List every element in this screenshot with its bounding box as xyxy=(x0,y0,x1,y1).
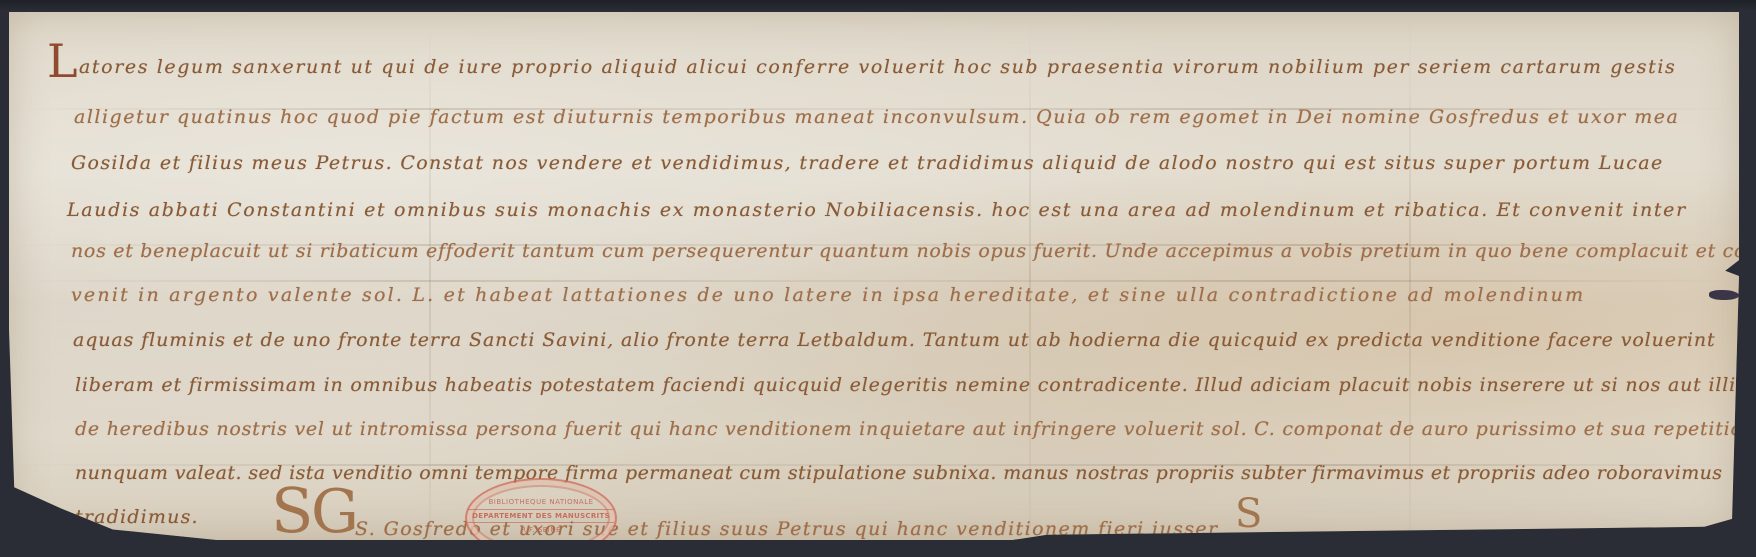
text-line-1: atores legum sanxerunt ut qui de iure pr… xyxy=(79,56,1676,78)
text-line-8: liberam et firmissimam in omnibus habeat… xyxy=(75,374,1736,396)
signum-mark-right: S xyxy=(1235,494,1262,534)
text-line-5: nos et beneplacuit ut si ribaticum effod… xyxy=(71,240,1756,262)
scanner-backdrop xyxy=(0,0,1756,12)
stamp-middle-text: DEPARTEMENT DES MANUSCRITS xyxy=(468,509,614,523)
library-ownership-stamp: BIBLIOTHEQUE NATIONALE DEPARTEMENT DES M… xyxy=(465,478,617,557)
text-line-11: tradidimus. xyxy=(75,506,199,528)
parchment-tear xyxy=(1709,290,1739,300)
signum-mark-g: G xyxy=(311,482,359,542)
signum-mark-s: S xyxy=(271,480,313,542)
stamp-top-text: BIBLIOTHEQUE NATIONALE xyxy=(488,498,593,506)
text-line-4: Laudis abbati Constantini et omnibus sui… xyxy=(67,199,1687,221)
text-line-3: Gosilda et filius meus Petrus. Constat n… xyxy=(71,152,1664,174)
stamp-bottom-text: R.F. SEINE xyxy=(521,526,561,534)
parchment-charter: L atores legum sanxerunt ut qui de iure … xyxy=(9,12,1739,540)
text-line-9: de heredibus nostris vel ut intromissa p… xyxy=(75,418,1743,440)
text-line-7: aquas fluminis et de uno fronte terra Sa… xyxy=(73,329,1716,351)
charter-text: L atores legum sanxerunt ut qui de iure … xyxy=(9,12,1739,540)
decorated-initial: L xyxy=(47,38,78,84)
text-line-6: venit in argento valente sol. L. et habe… xyxy=(71,284,1585,306)
text-line-2: alligetur quatinus hoc quod pie factum e… xyxy=(74,106,1679,128)
